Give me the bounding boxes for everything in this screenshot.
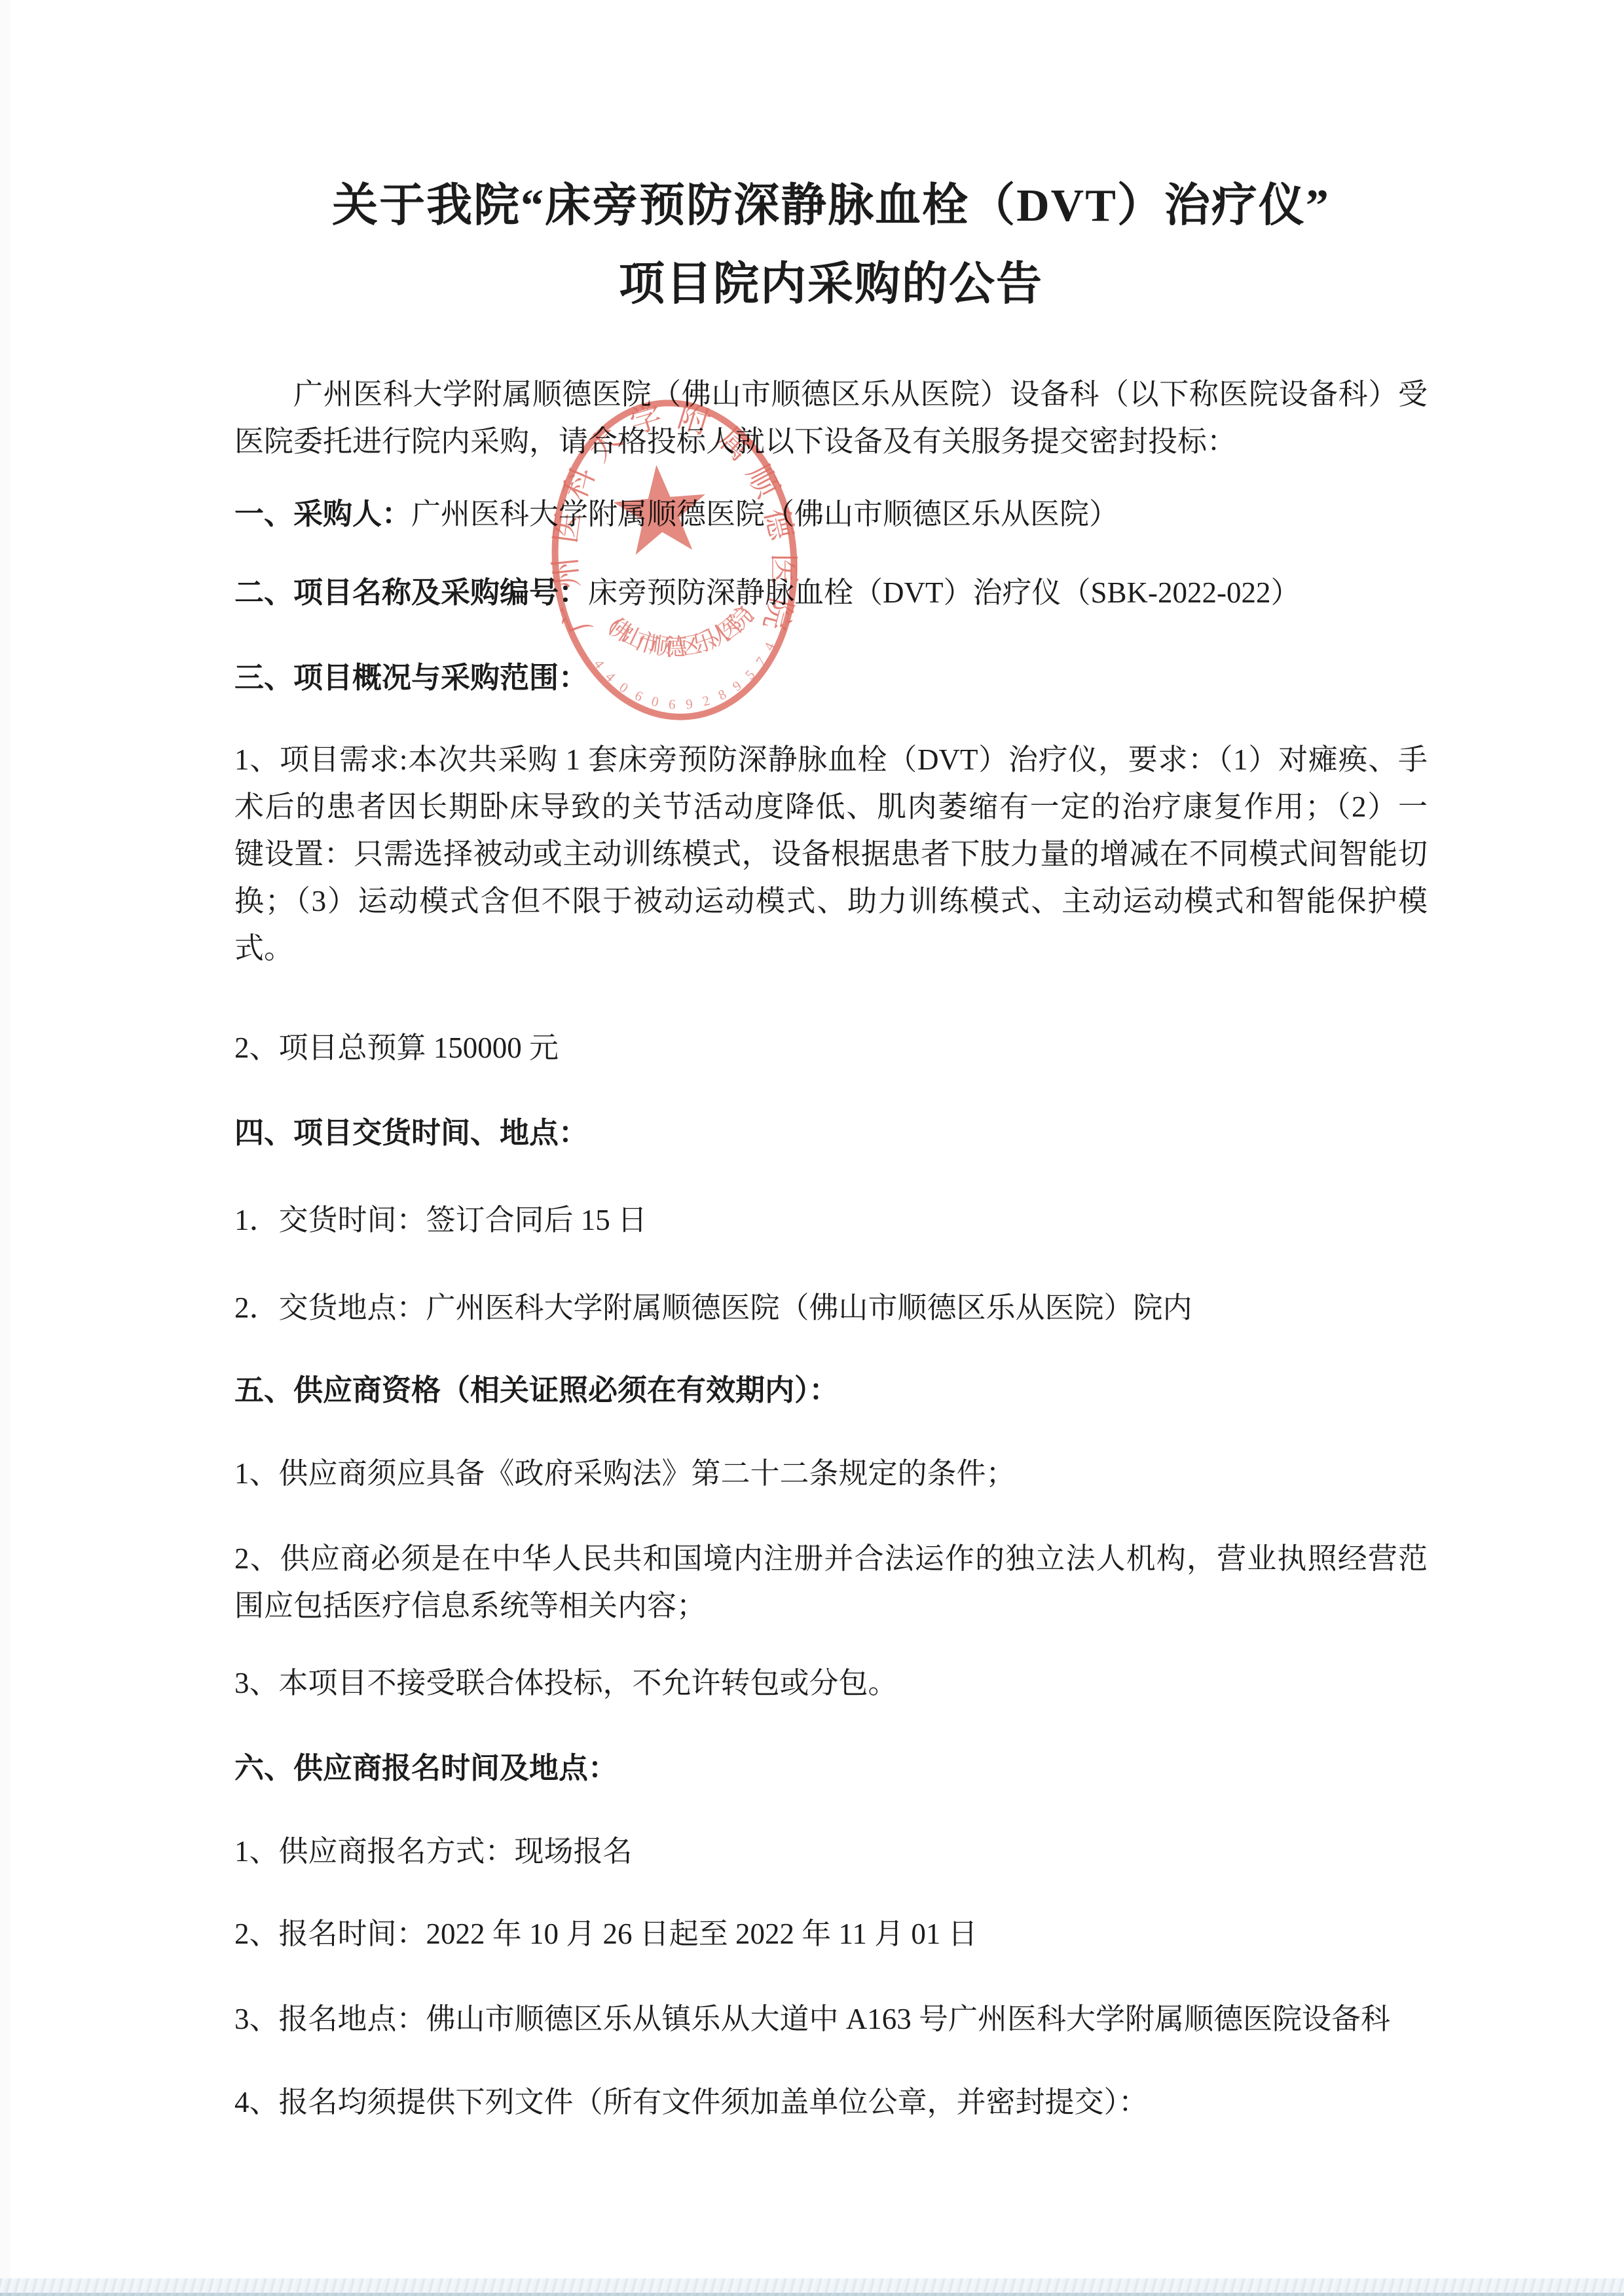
delivery-time-text: 1．交货时间：签订合同后 15 日 xyxy=(234,1204,647,1236)
budget-line: 2、项目总预算 150000 元 xyxy=(234,1024,1428,1071)
registration-documents-text: 4、报名均须提供下列文件（所有文件须加盖单位公章，并密封提交）： xyxy=(234,2086,1148,2119)
paragraph-line: 换；（3）运动模式含但不限于被动运动模式、助力训练模式、主动运动模式和智能保护模 xyxy=(234,878,1428,925)
section-label: 一、采购人： xyxy=(234,497,411,530)
section-text: 广州医科大学附属顺德医院（佛山市顺德区乐从医院） xyxy=(411,498,1118,530)
scan-edge-artifact xyxy=(0,2278,1624,2296)
section-project-name: 二、项目名称及采购编号：床旁预防深静脉血栓（DVT）治疗仪（SBK-2022-0… xyxy=(234,569,1428,616)
delivery-place-text: 2．交货地点：广州医科大学附属顺德医院（佛山市顺德区乐从医院）院内 xyxy=(234,1291,1192,1324)
section-text: 床旁预防深静脉血栓（DVT）治疗仪（SBK-2022-022） xyxy=(588,576,1301,609)
intro-line: 广州医科大学附属顺德医院（佛山市顺德区乐从医院）设备科（以下称医院设备科）受 xyxy=(234,371,1428,418)
registration-place-text: 3、报名地点：佛山市顺德区乐从镇乐从大道中 A163 号广州医科大学附属顺德医院… xyxy=(234,2003,1390,2035)
section-overview-heading: 三、项目概况与采购范围： xyxy=(234,654,1428,701)
registration-method-line: 1、供应商报名方式：现场报名 xyxy=(234,1828,1428,1875)
paragraph-line: 式。 xyxy=(234,925,1428,972)
paragraph-line: 键设置：只需选择被动或主动训练模式，设备根据患者下肢力量的增减在不同模式间智能切 xyxy=(234,830,1428,878)
section-label: 二、项目名称及采购编号： xyxy=(234,576,588,609)
page-title-line2: 项目院内采购的公告 xyxy=(234,257,1428,313)
qualification-item-2: 2、供应商必须是在中华人民共和国境内注册并合法运作的独立法人机构，营业执照经营范… xyxy=(234,1535,1428,1629)
intro-line: 医院委托进行院内采购，请合格投标人就以下设备及有关服务提交密封投标： xyxy=(234,418,1428,465)
intro-paragraph: 广州医科大学附属顺德医院（佛山市顺德区乐从医院）设备科（以下称医院设备科）受医院… xyxy=(234,371,1428,465)
page-title-line1: 关于我院“床旁预防深静脉血栓（DVT）治疗仪” xyxy=(234,178,1428,234)
document-content: 关于我院“床旁预防深静脉血栓（DVT）治疗仪” 项目院内采购的公告 广州医科大学… xyxy=(234,0,1428,2126)
requirements-paragraph: 1、项目需求:本次共采购 1 套床旁预防深静脉血栓（DVT）治疗仪，要求：（1）… xyxy=(234,736,1428,972)
section-purchaser: 一、采购人：广州医科大学附属顺德医院（佛山市顺德区乐从医院） xyxy=(234,491,1428,538)
section-delivery-heading: 四、项目交货时间、地点： xyxy=(234,1109,1428,1157)
paragraph-line: 1、项目需求:本次共采购 1 套床旁预防深静脉血栓（DVT）治疗仪，要求：（1）… xyxy=(234,736,1428,783)
paragraph-line: 术后的患者因长期卧床导致的关节活动度降低、肌肉萎缩有一定的治疗康复作用；（2）一 xyxy=(234,783,1428,830)
budget-text: 2、项目总预算 150000 元 xyxy=(234,1031,559,1064)
document-page: { "title": { "line1": "关于我院“床旁预防深静脉血栓（DV… xyxy=(0,0,1624,2296)
section-registration-heading: 六、供应商报名时间及地点： xyxy=(234,1745,1428,1792)
section-label: 六、供应商报名时间及地点： xyxy=(234,1751,618,1785)
section-label: 五、供应商资格（相关证照必须在有效期内）： xyxy=(234,1373,839,1407)
qualification-text: 1、供应商须应具备《政府采购法》第二十二条规定的条件； xyxy=(234,1457,1016,1490)
registration-time-text: 2、报名时间：2022 年 10 月 26 日起至 2022 年 11 月 01… xyxy=(234,1917,978,1950)
registration-method-text: 1、供应商报名方式：现场报名 xyxy=(234,1835,633,1868)
section-label: 四、项目交货时间、地点： xyxy=(234,1116,588,1149)
paragraph-line: 围应包括医疗信息系统等相关内容； xyxy=(234,1582,1428,1629)
paragraph-line: 2、供应商必须是在中华人民共和国境内注册并合法运作的独立法人机构，营业执照经营范 xyxy=(234,1535,1428,1582)
registration-time-line: 2、报名时间：2022 年 10 月 26 日起至 2022 年 11 月 01… xyxy=(234,1910,1428,1957)
section-label: 三、项目概况与采购范围： xyxy=(234,661,588,694)
qualification-item-3: 3、本项目不接受联合体投标，不允许转包或分包。 xyxy=(234,1659,1428,1707)
qualification-item-1: 1、供应商须应具备《政府采购法》第二十二条规定的条件； xyxy=(234,1450,1428,1497)
section-qualification-heading: 五、供应商资格（相关证照必须在有效期内）： xyxy=(234,1367,1428,1414)
delivery-place-line: 2．交货地点：广州医科大学附属顺德医院（佛山市顺德区乐从医院）院内 xyxy=(234,1284,1428,1331)
registration-documents-line: 4、报名均须提供下列文件（所有文件须加盖单位公章，并密封提交）： xyxy=(234,2079,1428,2126)
delivery-time-line: 1．交货时间：签订合同后 15 日 xyxy=(234,1196,1428,1244)
registration-place-line: 3、报名地点：佛山市顺德区乐从镇乐从大道中 A163 号广州医科大学附属顺德医院… xyxy=(234,1995,1428,2043)
qualification-text: 3、本项目不接受联合体投标，不允许转包或分包。 xyxy=(234,1667,898,1699)
scan-left-edge xyxy=(0,0,10,2296)
